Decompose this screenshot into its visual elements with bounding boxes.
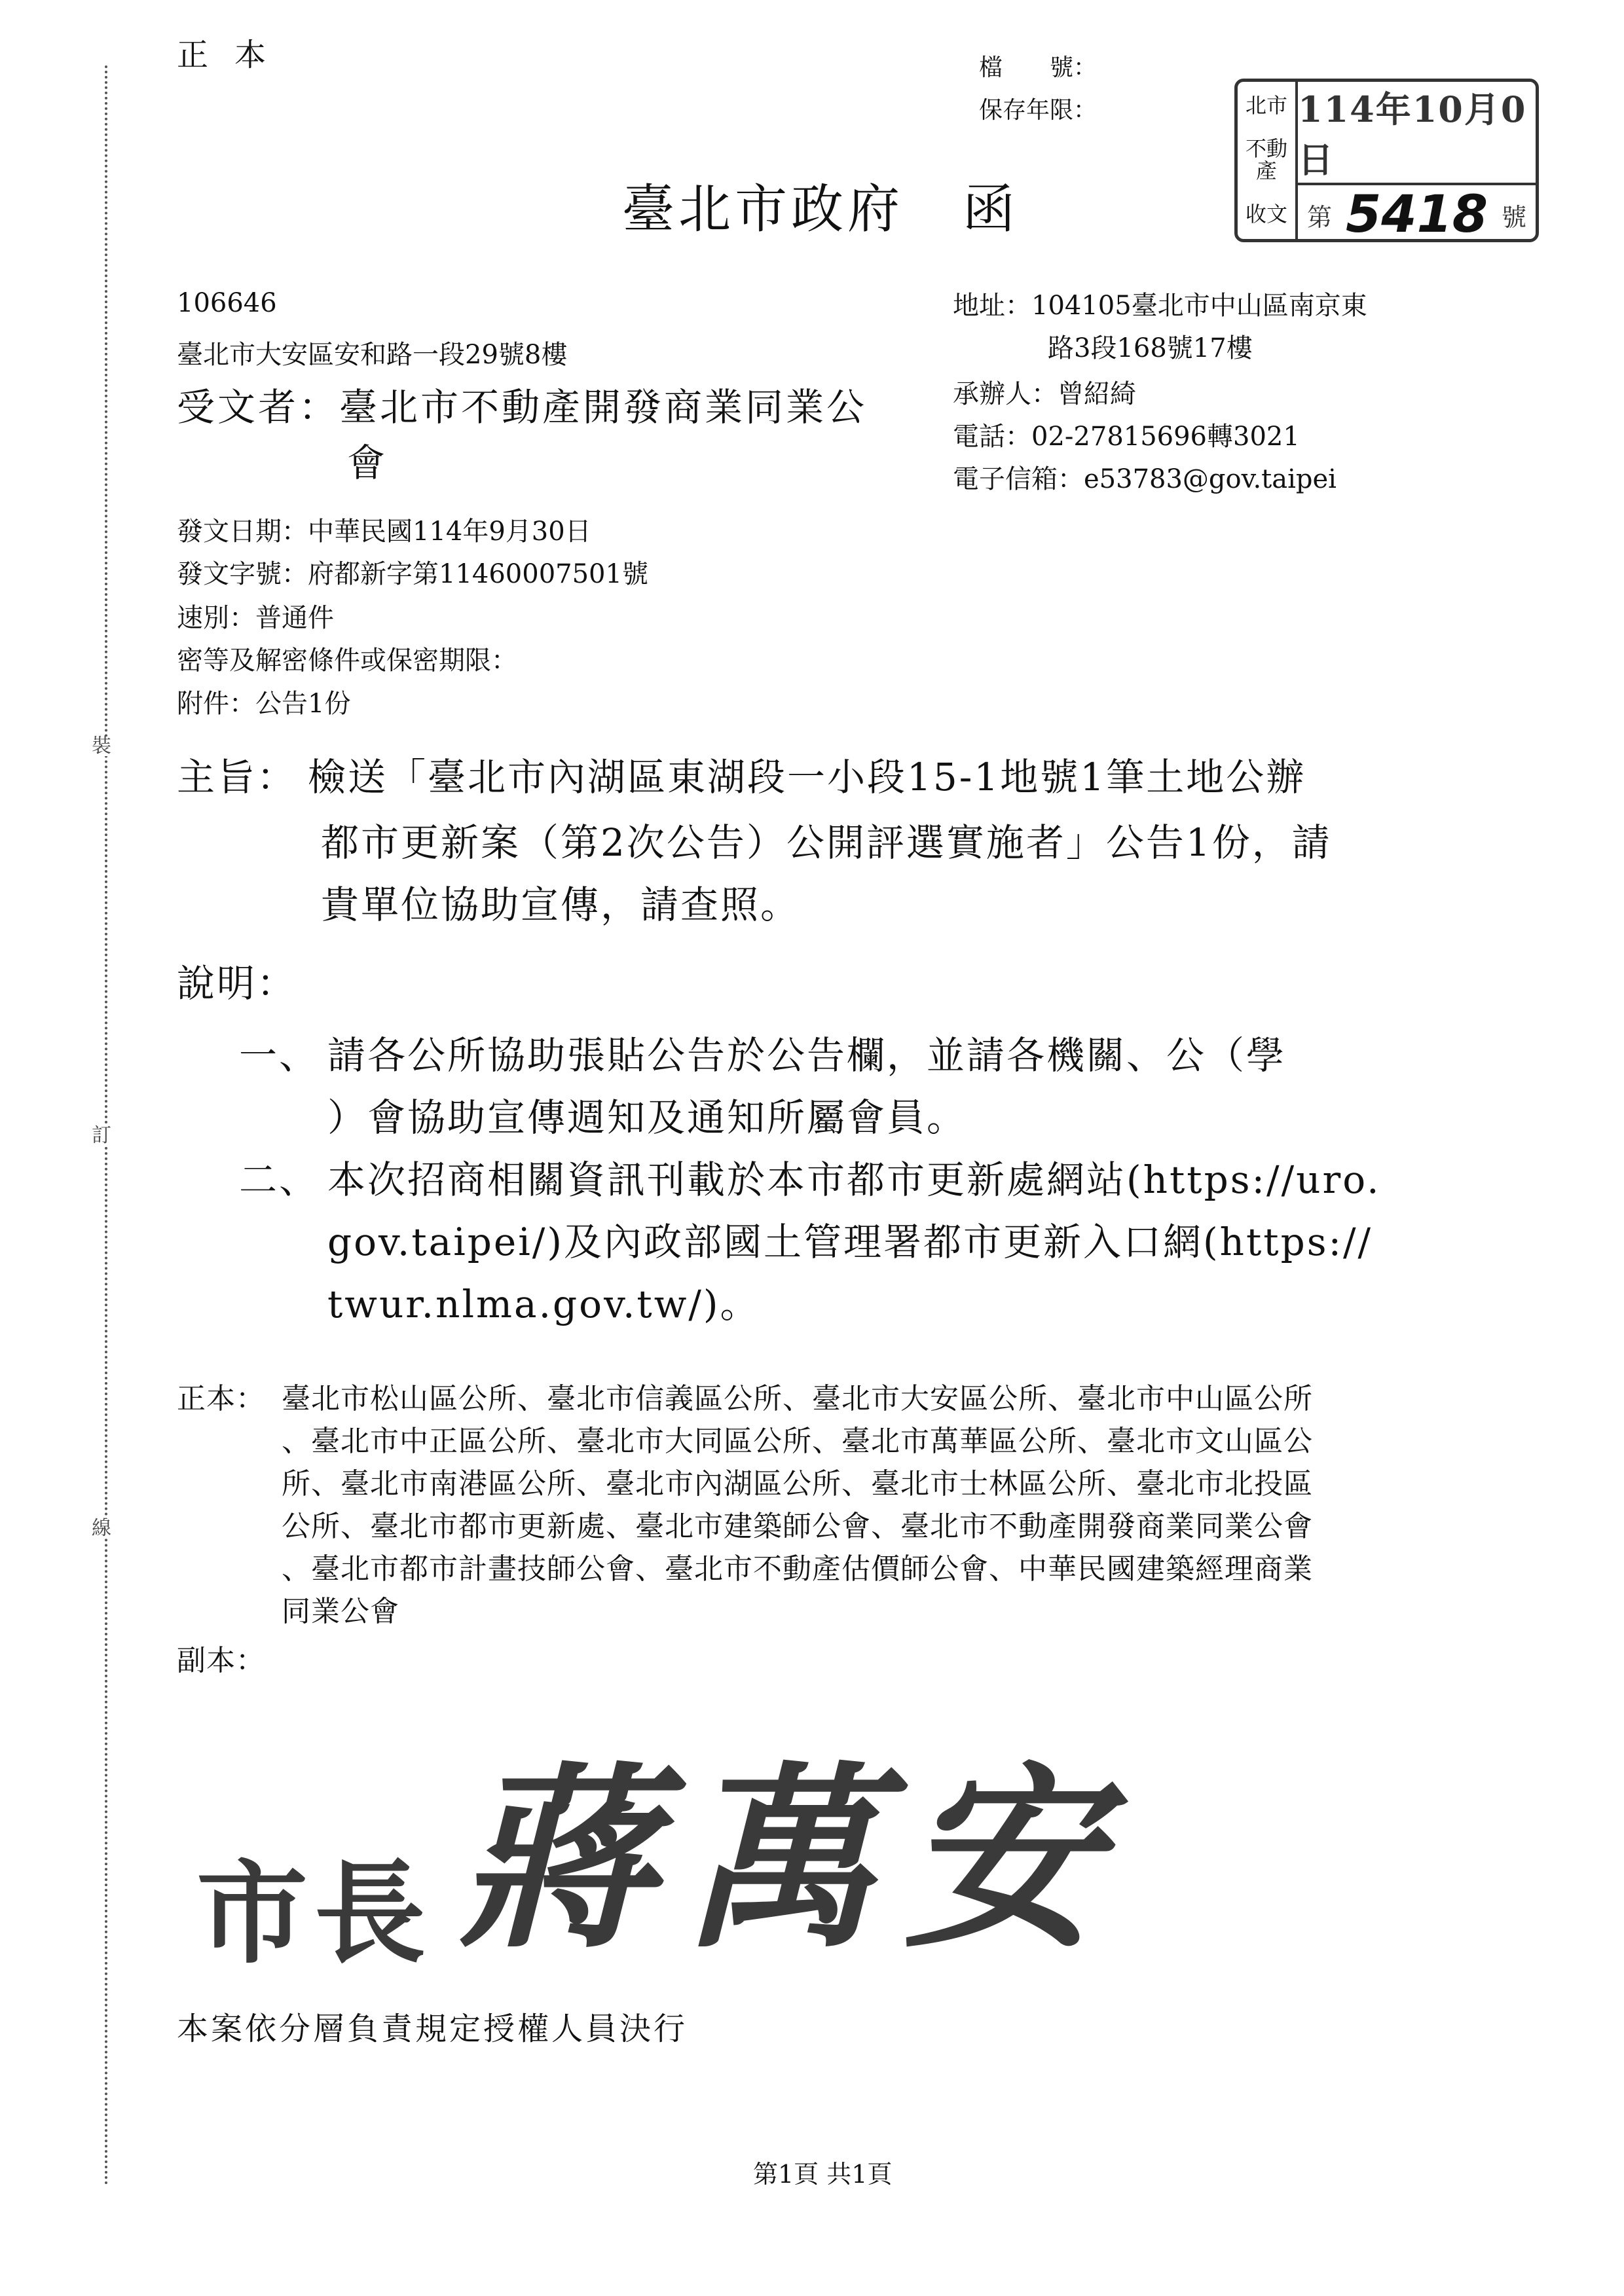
explanation-line: 本次招商相關資訊刊載於本市都市更新處網站(https://uro. (327, 1149, 1381, 1204)
handler-name: 曾紹綺 (1058, 379, 1136, 409)
original-recipients-line: 同業公會 (282, 1588, 399, 1630)
subject-line: 貴單位協助宣傳，請查照。 (321, 874, 800, 929)
subject-label: 主旨： (177, 746, 297, 801)
retention-period-label: 保存年限： (979, 92, 1097, 125)
mayor-signature: 市長 蔣萬安 (196, 1702, 1126, 1984)
stamp-org-line: 收文 (1246, 204, 1287, 226)
delegation-note: 本案依分層負責規定授權人員決行 (177, 2003, 688, 2049)
attachment: 附件：公告1份 (177, 683, 350, 720)
sender-address: 地址：104105臺北市中山區南京東 (953, 285, 1367, 322)
email-label: 電子信箱： (953, 464, 1084, 494)
phone-value: 02-27815696轉3021 (1031, 422, 1300, 452)
subject-line: 檢送「臺北市內湖區東湖段一小段15-1地號1筆土地公辦 (308, 746, 1306, 801)
explanation-line: 請各公所協助張貼公告於公告欄，並請各機關、公（學 (327, 1025, 1286, 1080)
issuer-name: 臺北市政府 (622, 179, 904, 240)
signature-title: 市長 (196, 1824, 432, 1984)
copy-recipients-label: 副本： (177, 1637, 265, 1679)
page-indicator: 第1頁 共1頁 (753, 2154, 892, 2190)
original-recipients-line: 、臺北市都市計畫技師公會、臺北市不動產估價師公會、中華民國建築經理商業 (282, 1545, 1313, 1587)
recipient-label: 受文者： (177, 385, 339, 429)
explanation-line: ）會協助宣傳週知及通知所屬會員。 (327, 1087, 967, 1142)
recipient-name: 臺北市不動產開發商業同業公 (339, 385, 867, 429)
email: 電子信箱：e53783@gov.taipei (953, 458, 1337, 496)
original-recipients-line: 所、臺北市南港區公所、臺北市內湖區公所、臺北市士林區公所、臺北市北投區 (282, 1460, 1313, 1502)
original-recipients-line: 公所、臺北市都市更新處、臺北市建築師公會、臺北市不動產開發商業同業公會 (282, 1503, 1313, 1544)
stamp-org-line: 不動產 (1238, 138, 1295, 182)
stamp-number-row: 第 5418 號 (1298, 185, 1536, 244)
stamp-org: 北市 不動產 收文 (1238, 82, 1298, 239)
sender-address-label: 地址： (953, 291, 1031, 321)
signature-name: 蔣萬安 (458, 1702, 1126, 1984)
receipt-stamp: 北市 不動產 收文 114年10月0日 第 5418 號 (1234, 79, 1539, 242)
recipient-name-continued: 會 (347, 432, 388, 487)
stamp-number-prefix: 第 (1307, 197, 1332, 233)
stamp-date: 114年10月0日 (1298, 82, 1536, 185)
document-kind: 函 (963, 179, 1019, 240)
email-value[interactable]: e53783@gov.taipei (1084, 464, 1337, 494)
sender-address-continued: 路3段168號17樓 (1048, 327, 1253, 365)
document-title: 臺北市政府函 (622, 167, 1019, 242)
binding-mark-ding: 訂 (92, 1126, 111, 1146)
original-recipients-line: 臺北市松山區公所、臺北市信義區公所、臺北市大安區公所、臺北市中山區公所 (282, 1375, 1313, 1417)
classification: 密等及解密條件或保密期限： (177, 640, 517, 677)
phone-label: 電話： (953, 422, 1031, 452)
binding-mark-zhuang: 裝 (92, 737, 111, 756)
phone: 電話：02-27815696轉3021 (953, 416, 1300, 453)
delivery-speed: 速別：普通件 (177, 597, 334, 634)
handler: 承辦人：曾紹綺 (953, 373, 1136, 410)
original-recipients-label: 正本： (177, 1375, 265, 1417)
stamp-org-line: 北市 (1246, 95, 1287, 117)
stamp-handwritten-number: 5418 (1346, 185, 1488, 244)
explanation-label: 說明： (177, 953, 297, 1008)
recipient-address: 臺北市大安區安和路一段29號8樓 (177, 334, 567, 371)
original-recipients-line: 、臺北市中正區公所、臺北市大同區公所、臺北市萬華區公所、臺北市文山區公 (282, 1417, 1313, 1459)
explanation-line: gov.taipei/)及內政部國土管理署都市更新入口網(https:// (327, 1211, 1373, 1266)
handler-label: 承辦人： (953, 379, 1058, 409)
binding-mark-xian: 線 (92, 1519, 111, 1539)
explanation-marker: 一、 (239, 1025, 319, 1080)
recipient-line: 受文者：臺北市不動產開發商業同業公 (177, 376, 867, 431)
file-number-label: 檔 號： (979, 49, 1097, 82)
issue-number: 發文字號：府都新字第11460007501號 (177, 553, 648, 591)
explanation-marker: 二、 (239, 1149, 319, 1204)
stamp-number-suffix: 號 (1502, 197, 1526, 233)
sender-address-value: 104105臺北市中山區南京東 (1031, 291, 1367, 321)
subject-line: 都市更新案（第2次公告）公開評選實施者」公告1份，請 (321, 812, 1332, 867)
issue-date: 發文日期：中華民國114年9月30日 (177, 511, 591, 548)
explanation-line: twur.nlma.gov.tw/)。 (327, 1273, 760, 1328)
postal-code: 106646 (177, 288, 277, 318)
copy-type-label: 正本 (177, 29, 292, 75)
